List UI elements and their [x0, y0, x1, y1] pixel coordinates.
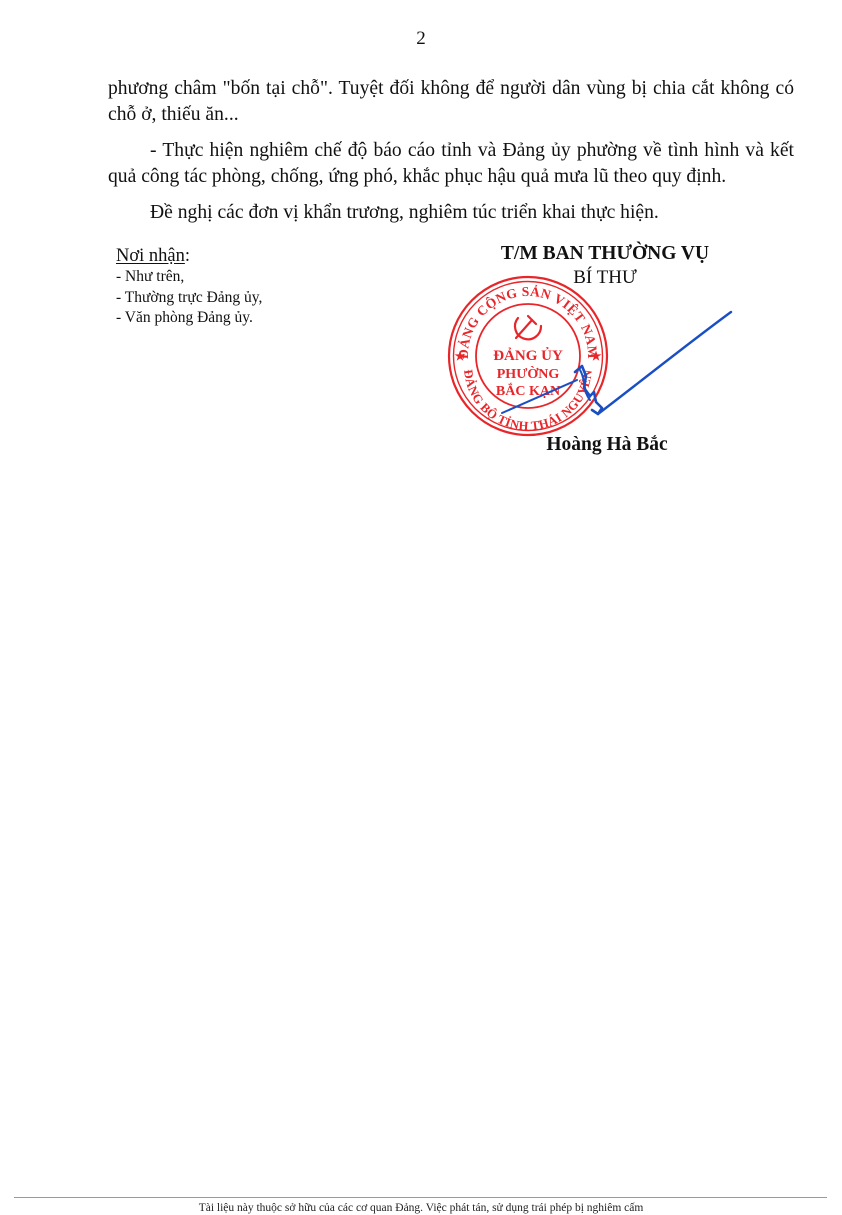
paragraph-closing: Đề nghị các đơn vị khẩn trương, nghiêm t… — [108, 200, 794, 226]
footer-notice: Tài liệu này thuộc sở hữu của các cơ qua… — [0, 1201, 842, 1215]
official-seal: ĐẢNG CỘNG SẢN VIỆT NAM ĐẢNG BỘ TỈNH THÁI… — [446, 274, 610, 438]
page-number: 2 — [0, 28, 842, 50]
document-body: phương châm "bốn tại chỗ". Tuyệt đối khô… — [108, 76, 794, 226]
recipient-item: - Văn phòng Đảng ủy. — [116, 308, 262, 329]
seal-line: ĐẢNG ỦY — [493, 347, 563, 364]
signer-role: T/M BAN THƯỜNG VỤ — [440, 242, 770, 266]
seal-line: PHƯỜNG — [497, 365, 560, 382]
signer-name: Hoàng Hà Bắc — [440, 433, 774, 457]
footer-divider — [14, 1197, 827, 1198]
paragraph-reporting: - Thực hiện nghiêm chế độ báo cáo tỉnh v… — [108, 138, 794, 190]
recipients-block: Nơi nhận: - Như trên, - Thường trực Đảng… — [116, 245, 262, 329]
seal-star-right: ★ — [591, 349, 602, 363]
seal-star-left: ★ — [455, 349, 466, 363]
paragraph-continuation: phương châm "bốn tại chỗ". Tuyệt đối khô… — [108, 76, 794, 128]
recipient-item: - Như trên, — [116, 267, 262, 288]
recipients-title: Nơi nhận: — [116, 245, 262, 267]
recipient-item: - Thường trực Đảng ủy, — [116, 288, 262, 309]
seal-line: BẮC KẠN — [496, 382, 560, 399]
hammer-sickle-icon — [515, 316, 541, 339]
